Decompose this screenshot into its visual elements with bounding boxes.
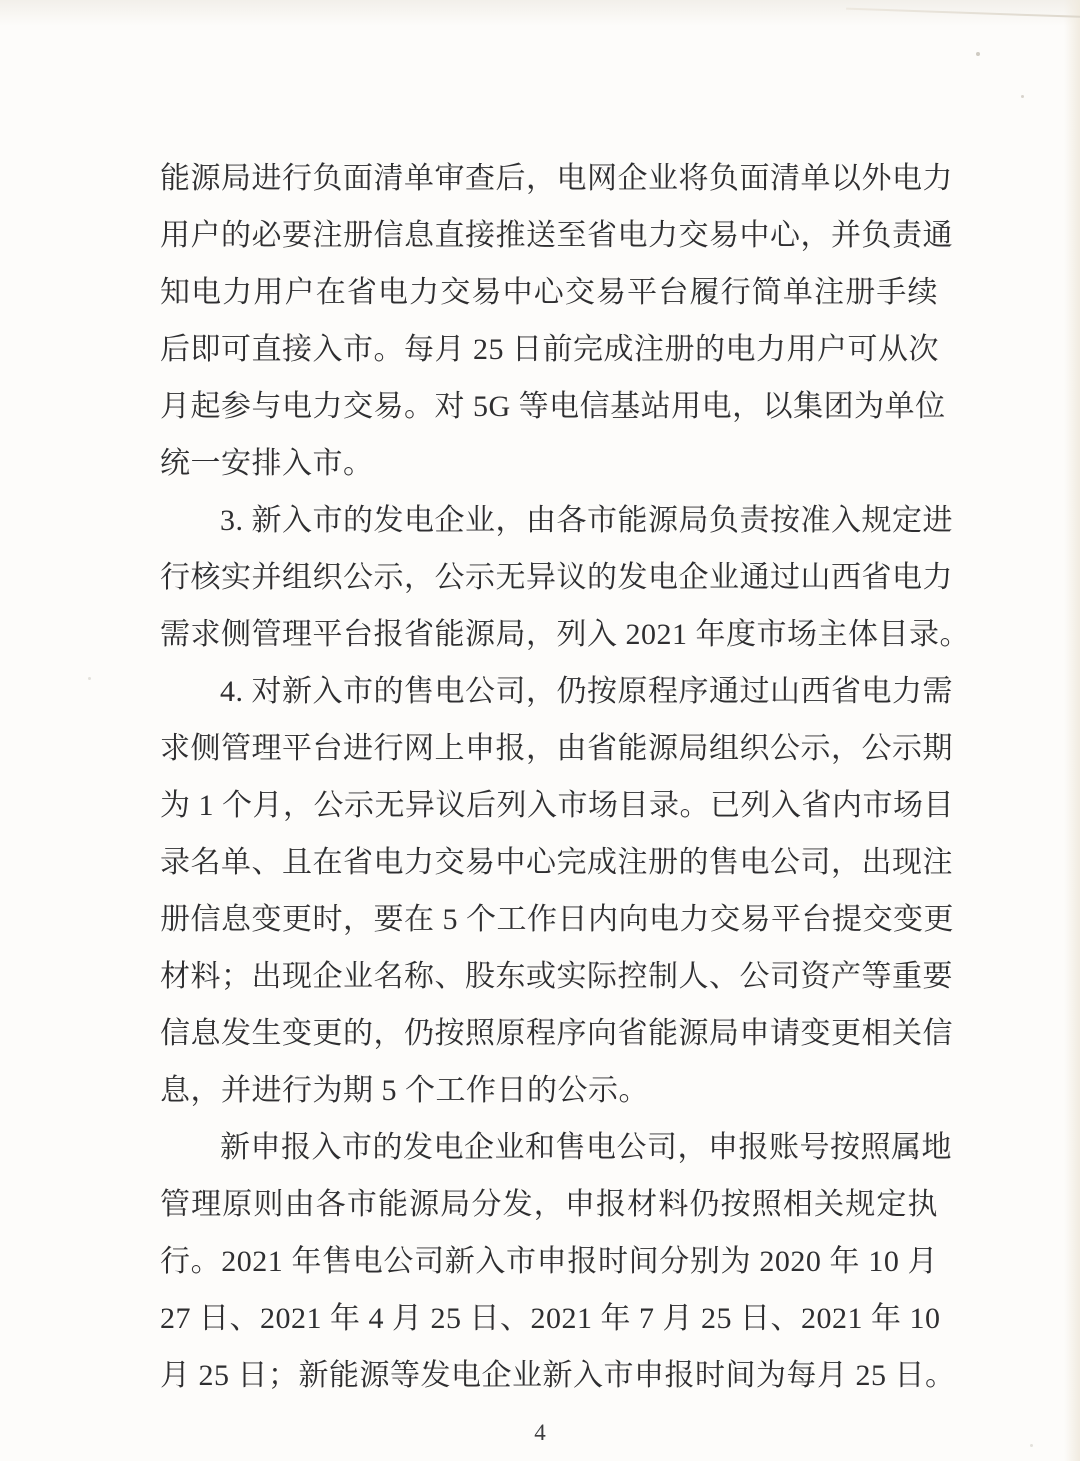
text-line: 息，并进行为期 5 个工作日的公示。 — [160, 1062, 938, 1119]
text-line: 册信息变更时，要在 5 个工作日内向电力交易平台提交变更 — [160, 891, 938, 948]
text-line: 知电力用户在省电力交易中心交易平台履行简单注册手续 — [160, 264, 938, 321]
document-page: 能源局进行负面清单审查后，电网企业将负面清单以外电力 用户的必要注册信息直接推送… — [0, 0, 1080, 1461]
paragraph-continuation: 能源局进行负面清单审查后，电网企业将负面清单以外电力 用户的必要注册信息直接推送… — [160, 150, 938, 492]
text-line: 27 日、2021 年 4 月 25 日、2021 年 7 月 25 日、202… — [160, 1290, 938, 1347]
text-line: 新申报入市的发电企业和售电公司，申报账号按照属地 — [160, 1119, 938, 1176]
text-line: 4. 对新入市的售电公司，仍按原程序通过山西省电力需 — [160, 663, 938, 720]
paragraph-item-4: 4. 对新入市的售电公司，仍按原程序通过山西省电力需 求侧管理平台进行网上申报，… — [160, 663, 938, 1119]
text-line: 统一安排入市。 — [160, 435, 938, 492]
paragraph-item-3: 3. 新入市的发电企业，由各市能源局负责按准入规定进 行核实并组织公示，公示无异… — [160, 492, 938, 663]
scan-edge-shadow — [1064, 0, 1080, 1461]
text-line: 信息发生变更的，仍按照原程序向省能源局申请变更相关信 — [160, 1005, 938, 1062]
text-line: 行核实并组织公示，公示无异议的发电企业通过山西省电力 — [160, 549, 938, 606]
text-line: 材料；出现企业名称、股东或实际控制人、公司资产等重要 — [160, 948, 938, 1005]
text-line: 月 25 日；新能源等发电企业新入市申报时间为每月 25 日。 — [160, 1347, 938, 1404]
text-line: 3. 新入市的发电企业，由各市能源局负责按准入规定进 — [160, 492, 938, 549]
text-line: 需求侧管理平台报省能源局，列入 2021 年度市场主体目录。 — [160, 606, 938, 663]
paragraph-declaration-times: 新申报入市的发电企业和售电公司，申报账号按照属地 管理原则由各市能源局分发，申报… — [160, 1119, 938, 1404]
text-line: 管理原则由各市能源局分发，申报材料仍按照相关规定执 — [160, 1176, 938, 1233]
scan-crease-artifact — [846, 8, 1080, 19]
text-line: 为 1 个月，公示无异议后列入市场目录。已列入省内市场目 — [160, 777, 938, 834]
text-line: 录名单、且在省电力交易中心完成注册的售电公司，出现注 — [160, 834, 938, 891]
scan-speck — [976, 52, 980, 56]
page-number: 4 — [0, 1420, 1080, 1446]
text-line: 后即可直接入市。每月 25 日前完成注册的电力用户可从次 — [160, 321, 938, 378]
text-line: 能源局进行负面清单审查后，电网企业将负面清单以外电力 — [160, 150, 938, 207]
document-body: 能源局进行负面清单审查后，电网企业将负面清单以外电力 用户的必要注册信息直接推送… — [160, 150, 938, 1404]
scan-top-shadow — [0, 0, 1080, 26]
scan-speck — [88, 677, 91, 680]
scan-speck — [1021, 95, 1024, 98]
text-line: 行。2021 年售电公司新入市申报时间分别为 2020 年 10 月 — [160, 1233, 938, 1290]
text-line: 求侧管理平台进行网上申报，由省能源局组织公示，公示期 — [160, 720, 938, 777]
text-line: 月起参与电力交易。对 5G 等电信基站用电，以集团为单位 — [160, 378, 938, 435]
text-line: 用户的必要注册信息直接推送至省电力交易中心，并负责通 — [160, 207, 938, 264]
